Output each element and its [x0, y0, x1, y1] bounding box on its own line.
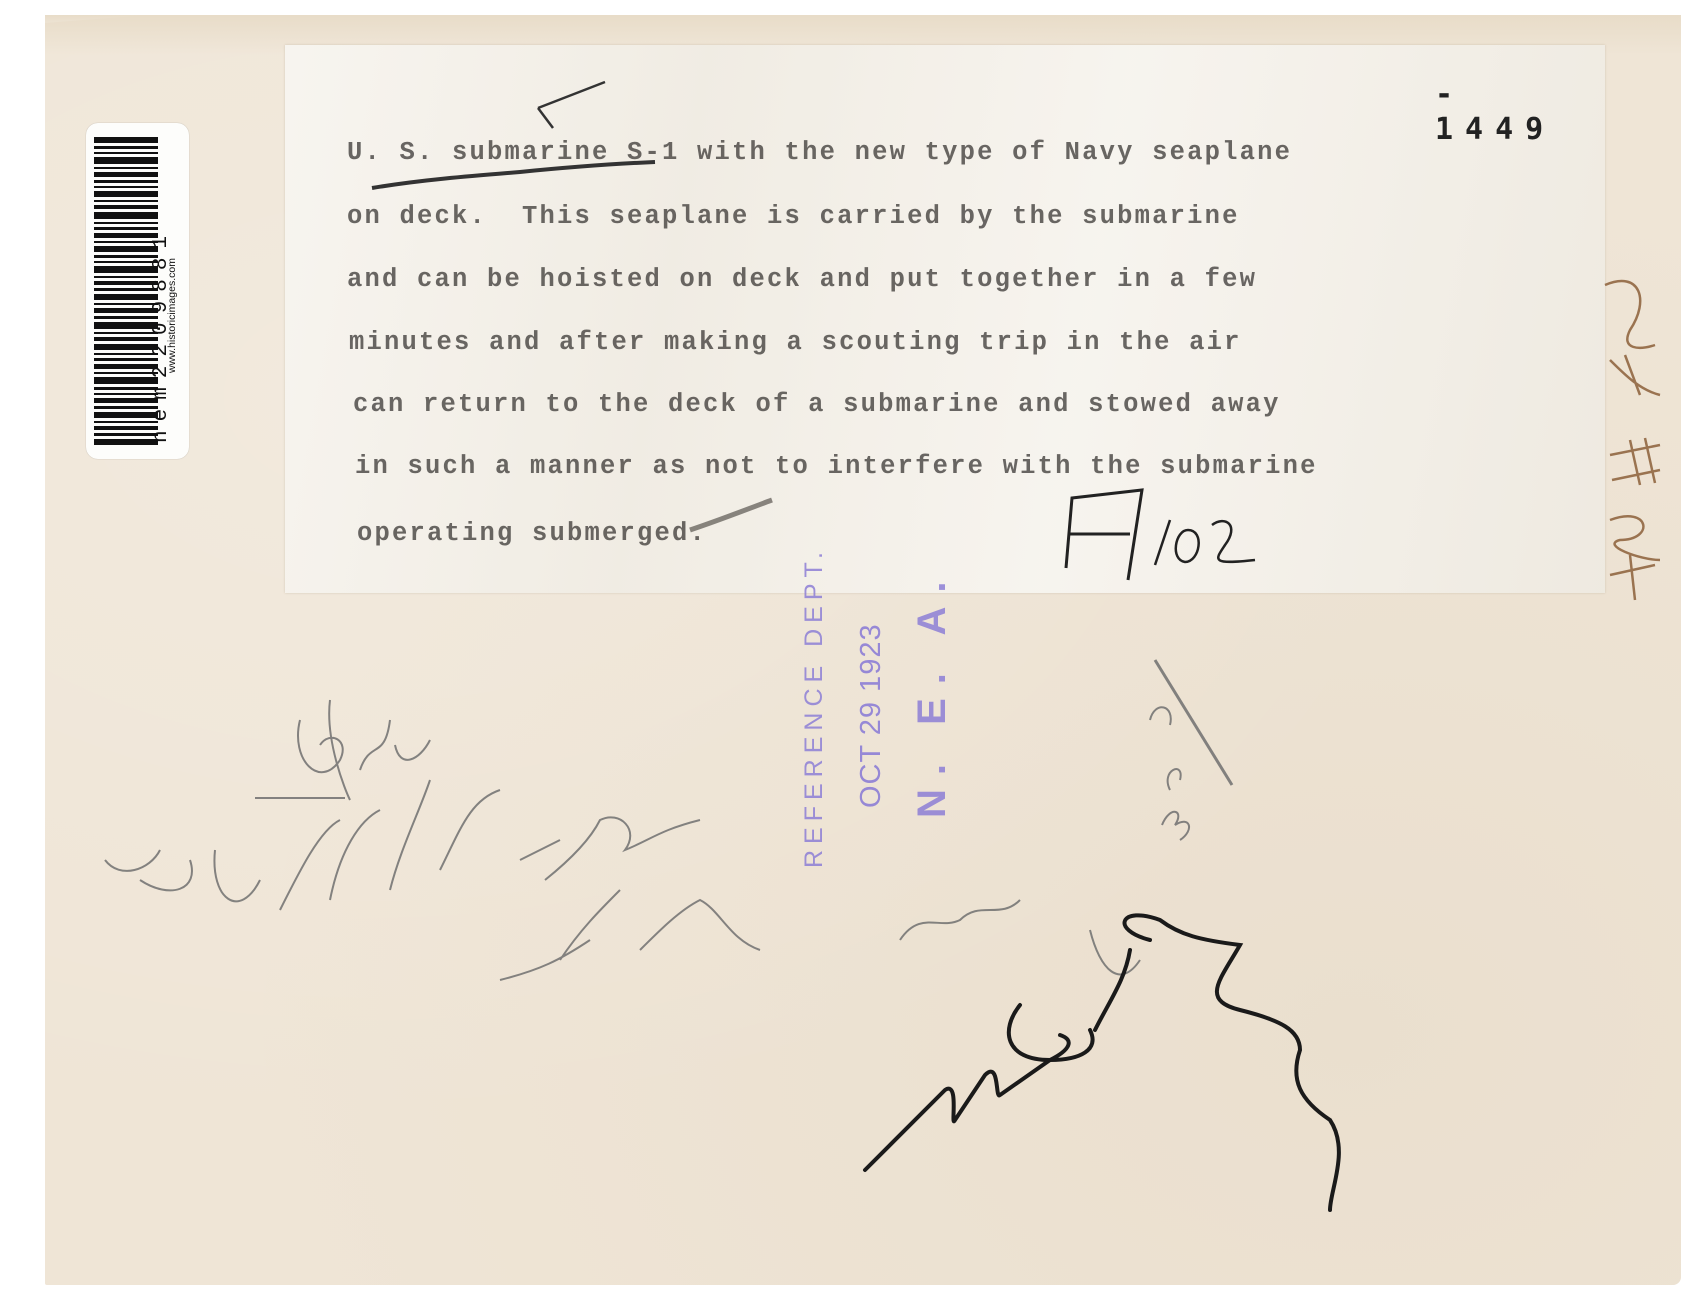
- caption-line: U. S. submarine S-1 with the new type of…: [347, 138, 1292, 167]
- caption-line: can return to the deck of a submarine an…: [353, 390, 1281, 419]
- caption-line: and can be hoisted on deck and put toget…: [347, 265, 1257, 294]
- caption-line: operating submerged.: [357, 519, 707, 548]
- caption-line: in such a manner as not to interfere wit…: [355, 452, 1318, 481]
- stamp-date: OCT 29 1923: [855, 623, 888, 808]
- barcode-icon: [94, 137, 158, 447]
- caption-line: on deck. This seaplane is carried by the…: [347, 202, 1240, 231]
- barcode-code: nem2209881: [150, 227, 173, 443]
- barcode-label: www.historicimages.com nem2209881: [86, 123, 189, 459]
- caption-line: minutes and after making a scouting trip…: [349, 328, 1242, 357]
- reference-number: - 1449: [1435, 77, 1605, 147]
- stamp-reference-dept: REFERENCE DEPT.: [800, 546, 829, 868]
- stamp-nea: N. E. A.: [910, 567, 955, 818]
- typed-caption-sheet: - 1449 U. S. submarine S-1 with the new …: [285, 45, 1605, 593]
